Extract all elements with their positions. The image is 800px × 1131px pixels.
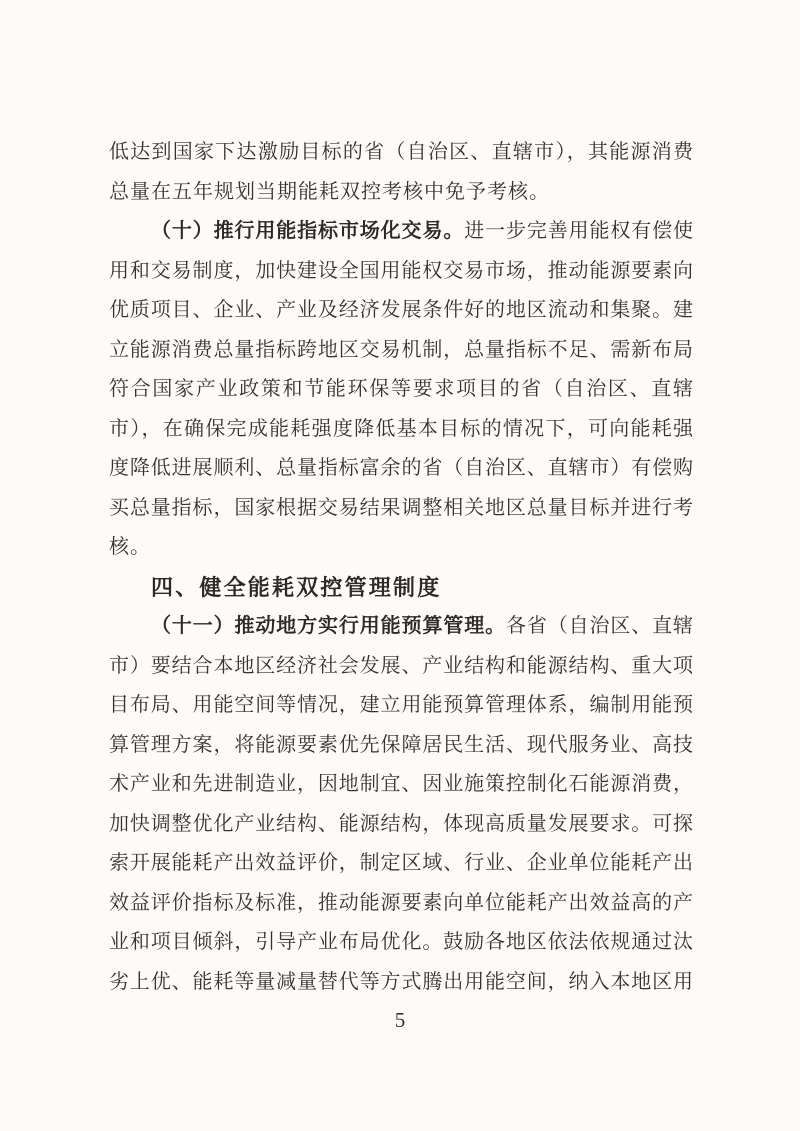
- text-line: 符合国家产业政策和节能环保等要求项目的省（自治区、直辖: [109, 370, 693, 410]
- text-line: 用和交易制度，加快建设全国用能权交易市场，推动能源要素向: [109, 252, 693, 292]
- paragraph-lead-bold: （十）推行用能指标市场化交易。: [151, 220, 464, 242]
- text-line: 总量在五年规划当期能耗双控考核中免予考核。: [109, 173, 693, 213]
- text-line: （十一）推动地方实行用能预算管理。各省（自治区、直辖: [109, 607, 693, 647]
- paragraph-lead-bold: （十一）推动地方实行用能预算管理。: [151, 615, 506, 637]
- text-line: 低达到国家下达激励目标的省（自治区、直辖市），其能源消费: [109, 133, 693, 173]
- text-line: 加快调整优化产业结构、能源结构，体现高质量发展要求。可探: [109, 805, 693, 845]
- text-line: 买总量指标，国家根据交易结果调整相关地区总量目标并进行考: [109, 489, 693, 529]
- text-line: 业和项目倾斜，引导产业布局优化。鼓励各地区依法依规通过汰: [109, 923, 693, 963]
- text-lines: 低达到国家下达激励目标的省（自治区、直辖市），其能源消费总量在五年规划当期能耗双…: [109, 133, 693, 1002]
- text-line: 优质项目、企业、产业及经济发展条件好的地区流动和集聚。建: [109, 291, 693, 331]
- text-line: 度降低进展顺利、总量指标富余的省（自治区、直辖市）有偿购: [109, 449, 693, 489]
- text-line: 市），在确保完成能耗强度降低基本目标的情况下，可向能耗强: [109, 410, 693, 450]
- text-line: 索开展能耗产出效益评价，制定区域、行业、企业单位能耗产出: [109, 844, 693, 884]
- text-line: 劣上优、能耗等量减量替代等方式腾出用能空间，纳入本地区用: [109, 963, 693, 1003]
- text-line: 核。: [109, 528, 693, 568]
- page-number: 5: [0, 1000, 800, 1040]
- text-line: 效益评价指标及标准，推动能源要素向单位能耗产出效益高的产: [109, 884, 693, 924]
- text-line: 算管理方案，将能源要素优先保障居民生活、现代服务业、高技: [109, 726, 693, 766]
- text-line: （十）推行用能指标市场化交易。进一步完善用能权有偿使: [109, 212, 693, 252]
- text-line: 目布局、用能空间等情况，建立用能预算管理体系，编制用能预: [109, 686, 693, 726]
- text-line: 术产业和先进制造业，因地制宜、因业施策控制化石能源消费，: [109, 765, 693, 805]
- text-line: 立能源消费总量指标跨地区交易机制，总量指标不足、需新布局: [109, 331, 693, 371]
- text-line: 市）要结合本地区经济社会发展、产业结构和能源结构、重大项: [109, 647, 693, 687]
- document-page: 低达到国家下达激励目标的省（自治区、直辖市），其能源消费总量在五年规划当期能耗双…: [0, 0, 800, 1131]
- section-heading: 四、健全能耗双控管理制度: [109, 568, 693, 608]
